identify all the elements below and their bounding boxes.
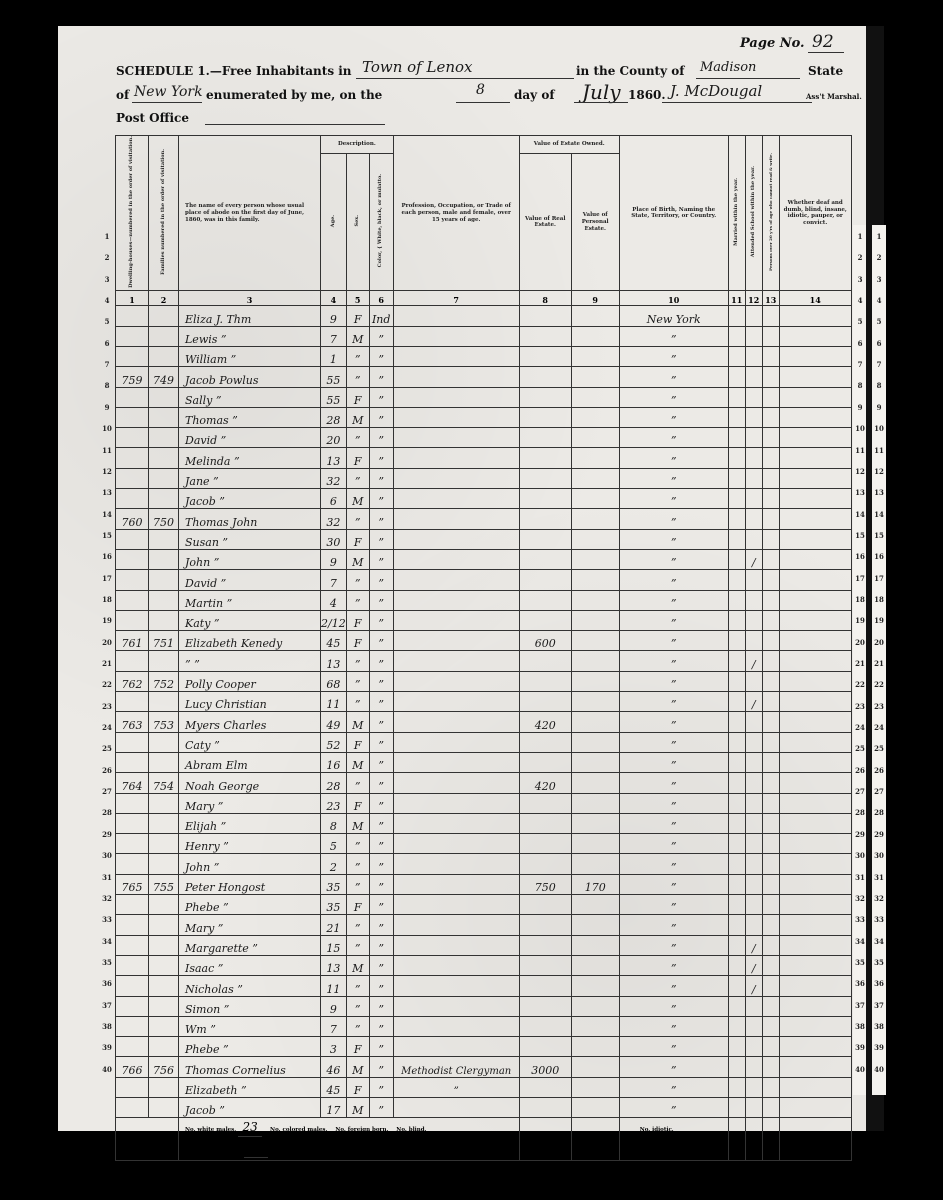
married-within-year	[728, 834, 745, 854]
attended-school	[745, 793, 762, 813]
disability	[779, 631, 851, 651]
dwelling-number: 766	[116, 1057, 149, 1077]
color: ”	[369, 347, 393, 367]
color: ”	[369, 509, 393, 529]
married-within-year	[728, 732, 745, 752]
real-estate-total: 5190	[519, 1118, 571, 1161]
sex: ”	[346, 834, 369, 854]
birthplace: ”	[619, 570, 728, 590]
sex: ”	[346, 509, 369, 529]
personal-estate-value	[571, 529, 619, 549]
disability	[779, 651, 851, 671]
real-estate-value	[519, 854, 571, 874]
birthplace: ”	[619, 996, 728, 1016]
occupation	[393, 773, 519, 793]
real-estate-value	[519, 367, 571, 387]
table-row: Nicholas ”11”””/	[116, 976, 852, 996]
color: ”	[369, 915, 393, 935]
age: 49	[321, 712, 347, 732]
color: ”	[369, 468, 393, 488]
adjacent-line-number: 12	[853, 467, 867, 476]
person-name: Mary ”	[179, 793, 321, 813]
birthplace: ”	[619, 935, 728, 955]
attended-school	[745, 1057, 762, 1077]
person-name: Wm ”	[179, 1016, 321, 1036]
color: ”	[369, 326, 393, 346]
sex: F	[346, 895, 369, 915]
adjacent-line-number: 29	[853, 830, 867, 839]
personal-estate-value	[571, 712, 619, 732]
disability	[779, 387, 851, 407]
col-number: 11	[728, 291, 745, 306]
line-number: 38	[100, 1022, 114, 1031]
age: 28	[321, 407, 347, 427]
occupation	[393, 732, 519, 752]
table-row: Thomas ”28M””	[116, 407, 852, 427]
person-name: Martin ”	[179, 590, 321, 610]
dwelling-number	[116, 976, 149, 996]
occupation	[393, 549, 519, 569]
disability	[779, 326, 851, 346]
dwelling-number	[116, 752, 149, 772]
adjacent-line-number: 17	[872, 574, 886, 583]
birthplace: ”	[619, 1097, 728, 1117]
personal-estate-value	[571, 895, 619, 915]
adjacent-line-number: 32	[853, 894, 867, 903]
cannot-read-write	[762, 610, 779, 630]
cannot-read-write	[762, 1097, 779, 1117]
married-within-year	[728, 590, 745, 610]
real-estate-value: 420	[519, 712, 571, 732]
family-number	[149, 651, 179, 671]
adjacent-line-number: 9	[853, 403, 867, 412]
page-number-label: Page No.	[740, 36, 805, 51]
table-row: Jacob ”6M””	[116, 489, 852, 509]
cannot-read-write	[762, 976, 779, 996]
state-value: New York	[134, 84, 203, 100]
married-within-year	[728, 570, 745, 590]
real-estate-value	[519, 489, 571, 509]
table-row: Susan ”30F””	[116, 529, 852, 549]
dwelling-number	[116, 529, 149, 549]
disability	[779, 428, 851, 448]
real-estate-value	[519, 671, 571, 691]
adjacent-line-number: 7	[853, 360, 867, 369]
occupation	[393, 347, 519, 367]
personal-estate-value	[571, 955, 619, 975]
birthplace: ”	[619, 1016, 728, 1036]
personal-estate-value	[571, 773, 619, 793]
adjacent-line-number: 20	[853, 638, 867, 647]
adjacent-line-number: 2	[872, 253, 886, 262]
footer-blank	[762, 1118, 779, 1161]
col-number: 13	[762, 291, 779, 306]
line-number: 13	[100, 488, 114, 497]
town-line	[356, 78, 574, 79]
person-name: Henry ”	[179, 834, 321, 854]
married-within-year	[728, 752, 745, 772]
person-name: Margarette ”	[179, 935, 321, 955]
cannot-read-write	[762, 732, 779, 752]
family-number: 754	[149, 773, 179, 793]
color: ”	[369, 1057, 393, 1077]
adjacent-line-number: 29	[872, 830, 886, 839]
color: ”	[369, 712, 393, 732]
dwelling-number	[116, 793, 149, 813]
married-within-year	[728, 610, 745, 630]
family-number: 752	[149, 671, 179, 691]
table-row: Wm ”7”””	[116, 1016, 852, 1036]
table-row: Melinda ”13F””	[116, 448, 852, 468]
adjacent-line-number: 16	[872, 552, 886, 561]
birthplace: ”	[619, 610, 728, 630]
attended-school: /	[745, 955, 762, 975]
line-number: 3	[100, 275, 114, 284]
cannot-read-write	[762, 692, 779, 712]
disability	[779, 895, 851, 915]
sex: ”	[346, 367, 369, 387]
family-number	[149, 854, 179, 874]
personal-estate-value	[571, 752, 619, 772]
real-estate-value	[519, 326, 571, 346]
dwelling-number	[116, 1016, 149, 1036]
family-number	[149, 387, 179, 407]
personal-estate-value	[571, 671, 619, 691]
person-name: Jane ”	[179, 468, 321, 488]
real-estate-value	[519, 793, 571, 813]
col-color-header: Color, { White, black, or mulatto.	[369, 154, 393, 291]
real-estate-value	[519, 1037, 571, 1057]
line-number: 18	[100, 595, 114, 604]
birthplace: ”	[619, 631, 728, 651]
age: 45	[321, 631, 347, 651]
occupation	[393, 468, 519, 488]
adjacent-line-number: 5	[872, 317, 886, 326]
personal-estate-value	[571, 428, 619, 448]
family-number	[149, 347, 179, 367]
dwelling-number	[116, 1097, 149, 1117]
real-estate-value	[519, 529, 571, 549]
birthplace: ”	[619, 489, 728, 509]
white-females-value: 17	[244, 1139, 268, 1158]
real-estate-value	[519, 570, 571, 590]
attended-school	[745, 671, 762, 691]
line-number: 37	[100, 1001, 114, 1010]
disability	[779, 671, 851, 691]
married-within-year	[728, 1077, 745, 1097]
real-estate-value	[519, 1077, 571, 1097]
family-number	[149, 549, 179, 569]
sex: ”	[346, 671, 369, 691]
age: 8	[321, 813, 347, 833]
dwelling-number	[116, 854, 149, 874]
color: ”	[369, 1037, 393, 1057]
person-name: ” ”	[179, 651, 321, 671]
adjacent-line-number: 11	[853, 446, 867, 455]
birthplace: ”	[619, 428, 728, 448]
table-row: 766756Thomas Cornelius46M”Methodist Cler…	[116, 1057, 852, 1077]
cannot-read-write	[762, 367, 779, 387]
occupation	[393, 651, 519, 671]
disability	[779, 509, 851, 529]
attended-school	[745, 1037, 762, 1057]
line-number: 34	[100, 937, 114, 946]
table-row: Mary ”21”””	[116, 915, 852, 935]
dwelling-number	[116, 448, 149, 468]
married-within-year	[728, 1097, 745, 1117]
sex: ”	[346, 854, 369, 874]
table-row: Phebe ”35F””	[116, 895, 852, 915]
adjacent-line-number: 22	[872, 680, 886, 689]
age: 15	[321, 935, 347, 955]
dwelling-number	[116, 996, 149, 1016]
color: ”	[369, 976, 393, 996]
color: ”	[369, 1097, 393, 1117]
attended-school	[745, 813, 762, 833]
adjacent-line-number: 7	[872, 360, 886, 369]
col-occupation-header: Profession, Occupation, or Trade of each…	[393, 136, 519, 291]
color: ”	[369, 570, 393, 590]
real-estate-value	[519, 813, 571, 833]
family-number	[149, 1037, 179, 1057]
cannot-read-write	[762, 1077, 779, 1097]
attended-school	[745, 996, 762, 1016]
adjacent-line-number: 36	[872, 979, 886, 988]
line-number: 5	[100, 317, 114, 326]
real-estate-value	[519, 509, 571, 529]
person-name: David ”	[179, 570, 321, 590]
age: 6	[321, 489, 347, 509]
age: 9	[321, 996, 347, 1016]
sex: M	[346, 813, 369, 833]
adjacent-line-number: 13	[853, 488, 867, 497]
disability	[779, 448, 851, 468]
table-row: Jane ”32”””	[116, 468, 852, 488]
occupation	[393, 976, 519, 996]
color: ”	[369, 692, 393, 712]
occupation	[393, 834, 519, 854]
census-table: Dwelling-houses—numbered in the order of…	[115, 135, 852, 1161]
person-name: Sally ”	[179, 387, 321, 407]
table-row: Lewis ”7M””	[116, 326, 852, 346]
adjacent-line-number: 39	[872, 1043, 886, 1052]
line-number: 40	[100, 1065, 114, 1074]
disability	[779, 874, 851, 894]
person-name: Eliza J. Thm	[179, 306, 321, 326]
color: ”	[369, 895, 393, 915]
sex: F	[346, 631, 369, 651]
occupation	[393, 590, 519, 610]
family-number	[149, 306, 179, 326]
dwelling-number	[116, 428, 149, 448]
dwelling-number	[116, 935, 149, 955]
color: ”	[369, 529, 393, 549]
col-personal-estate-header: Value of Personal Estate.	[571, 154, 619, 291]
cannot-read-write	[762, 955, 779, 975]
real-estate-value: 600	[519, 631, 571, 651]
disability	[779, 712, 851, 732]
disability	[779, 1037, 851, 1057]
line-number: 4	[100, 296, 114, 305]
personal-estate-value	[571, 854, 619, 874]
real-estate-value	[519, 895, 571, 915]
birthplace: ”	[619, 671, 728, 691]
occupation	[393, 610, 519, 630]
disability	[779, 570, 851, 590]
family-number	[149, 326, 179, 346]
age: 7	[321, 570, 347, 590]
disability	[779, 732, 851, 752]
real-estate-value	[519, 1097, 571, 1117]
age: 23	[321, 793, 347, 813]
dwelling-number: 761	[116, 631, 149, 651]
attended-school	[745, 874, 762, 894]
idiotic-paupers-tallies: No. idiotic, No. paupers,	[619, 1118, 728, 1161]
sex: ”	[346, 428, 369, 448]
col-birthplace-header: Place of Birth, Naming the State, Territ…	[619, 136, 728, 291]
sex: ”	[346, 590, 369, 610]
birthplace: ”	[619, 1037, 728, 1057]
birthplace: ”	[619, 326, 728, 346]
personal-estate-value	[571, 915, 619, 935]
deaf-dumb-label: No. deaf and dumb,	[347, 1142, 407, 1160]
adjacent-line-number: 22	[853, 680, 867, 689]
personal-estate-value	[571, 1037, 619, 1057]
sex: M	[346, 1097, 369, 1117]
col-dwelling-header: Dwelling-houses—numbered in the order of…	[116, 136, 149, 291]
dwelling-number	[116, 915, 149, 935]
occupation	[393, 407, 519, 427]
attended-school	[745, 712, 762, 732]
family-number	[149, 428, 179, 448]
dwelling-number	[116, 590, 149, 610]
birthplace: ”	[619, 834, 728, 854]
adjacent-line-number: 21	[853, 659, 867, 668]
adjacent-line-number: 16	[853, 552, 867, 561]
color: ”	[369, 793, 393, 813]
color: ”	[369, 773, 393, 793]
family-number: 751	[149, 631, 179, 651]
table-row: Jacob ”17M””	[116, 1097, 852, 1117]
adjacent-line-number: 26	[872, 766, 886, 775]
family-number	[149, 692, 179, 712]
occupation	[393, 915, 519, 935]
disability	[779, 590, 851, 610]
adjacent-line-number: 19	[872, 616, 886, 625]
line-number: 10	[100, 424, 114, 433]
personal-estate-value	[571, 1016, 619, 1036]
sex: M	[346, 712, 369, 732]
sex: F	[346, 387, 369, 407]
family-number	[149, 752, 179, 772]
attended-school: /	[745, 651, 762, 671]
married-within-year	[728, 793, 745, 813]
family-number: 755	[149, 874, 179, 894]
col-disability-header: Whether deaf and dumb, blind, insane, id…	[779, 136, 851, 291]
occupation	[393, 387, 519, 407]
cannot-read-write	[762, 509, 779, 529]
personal-estate-value	[571, 935, 619, 955]
adjacent-line-number: 30	[872, 851, 886, 860]
adjacent-line-number: 26	[853, 766, 867, 775]
col-number: 14	[779, 291, 851, 306]
cannot-read-write	[762, 428, 779, 448]
family-number: 749	[149, 367, 179, 387]
col-number: 1	[116, 291, 149, 306]
real-estate-value	[519, 347, 571, 367]
attended-school	[745, 387, 762, 407]
birthplace: ”	[619, 793, 728, 813]
disability	[779, 955, 851, 975]
family-number: 753	[149, 712, 179, 732]
occupation	[393, 1037, 519, 1057]
adjacent-line-number: 32	[872, 894, 886, 903]
col-number: 2	[149, 291, 179, 306]
sex: F	[346, 1037, 369, 1057]
cannot-read-write	[762, 631, 779, 651]
attended-school	[745, 590, 762, 610]
married-within-year	[728, 1037, 745, 1057]
attended-school	[745, 773, 762, 793]
col-number: 3	[179, 291, 321, 306]
cannot-read-write	[762, 448, 779, 468]
adjacent-line-number: 4	[853, 296, 867, 305]
personal-estate-value	[571, 448, 619, 468]
disability	[779, 854, 851, 874]
line-number: 11	[100, 446, 114, 455]
age: 11	[321, 976, 347, 996]
line-number: 30	[100, 851, 114, 860]
disability	[779, 692, 851, 712]
birthplace: ”	[619, 752, 728, 772]
color: ”	[369, 935, 393, 955]
attended-school	[745, 834, 762, 854]
personal-estate-total: 170	[571, 1118, 619, 1161]
age: 21	[321, 915, 347, 935]
dwelling-number	[116, 610, 149, 630]
birthplace: ”	[619, 529, 728, 549]
married-within-year	[728, 387, 745, 407]
line-number: 14	[100, 510, 114, 519]
personal-estate-value	[571, 570, 619, 590]
cannot-read-write	[762, 773, 779, 793]
person-name: Thomas ”	[179, 407, 321, 427]
table-row: 763753Myers Charles49M”420”	[116, 712, 852, 732]
age: 7	[321, 326, 347, 346]
personal-estate-value	[571, 834, 619, 854]
married-within-year	[728, 428, 745, 448]
adjacent-line-number: 10	[853, 424, 867, 433]
line-number: 15	[100, 531, 114, 540]
sex: ”	[346, 976, 369, 996]
birthplace: ”	[619, 1057, 728, 1077]
adjacent-line-number: 35	[853, 958, 867, 967]
occupation	[393, 570, 519, 590]
cannot-read-write	[762, 590, 779, 610]
married-within-year	[728, 529, 745, 549]
person-name: Melinda ”	[179, 448, 321, 468]
family-number	[149, 996, 179, 1016]
table-row: Lucy Christian11”””/	[116, 692, 852, 712]
color: ”	[369, 448, 393, 468]
married-within-year	[728, 895, 745, 915]
person-name: Caty ”	[179, 732, 321, 752]
color: ”	[369, 407, 393, 427]
adjacent-line-number: 13	[872, 488, 886, 497]
sex: ”	[346, 915, 369, 935]
age: 35	[321, 874, 347, 894]
family-number	[149, 610, 179, 630]
